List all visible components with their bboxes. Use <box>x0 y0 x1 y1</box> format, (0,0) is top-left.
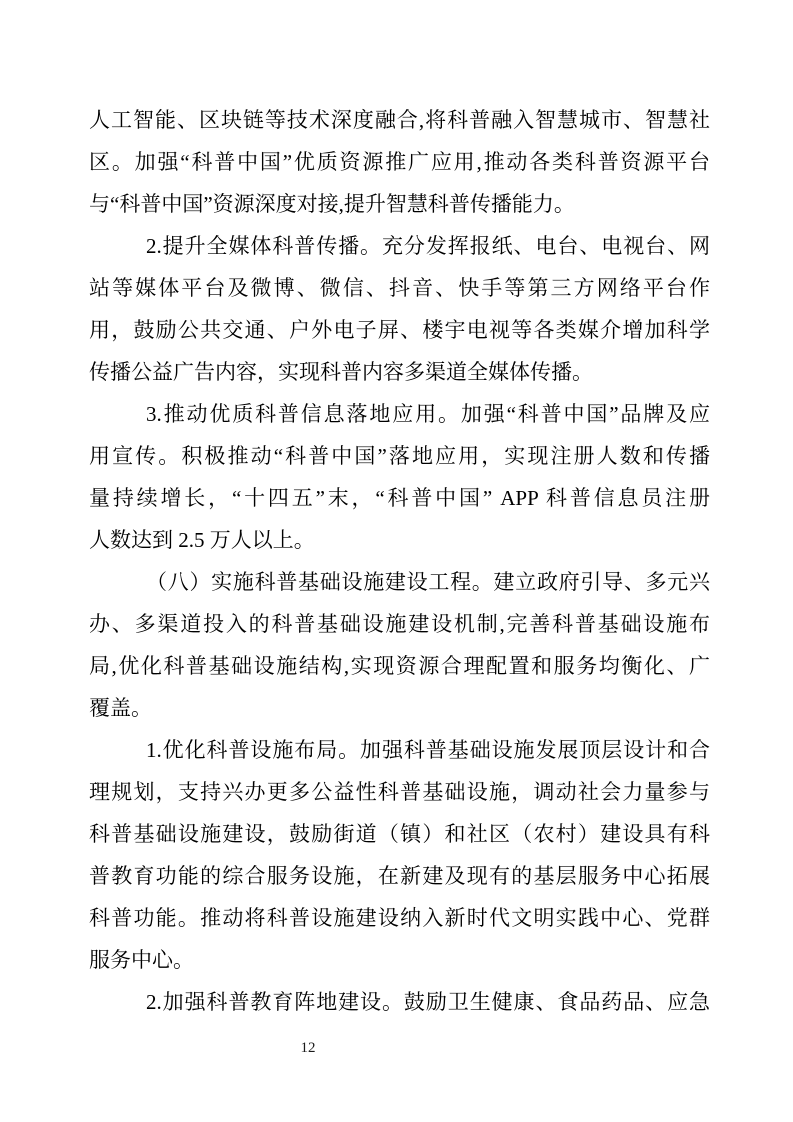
text-line: 1.优化科普设施布局。加强科普基础设施发展顶层设计和合 <box>89 729 710 771</box>
text-line: 科普功能。推动将科普设施建设纳入新时代文明实践中心、党群 <box>89 897 710 939</box>
text-line: 用，鼓励公共交通、户外电子屏、楼宇电视等各类媒介增加科学 <box>89 309 710 351</box>
document-page: 人工智能、区块链等技术深度融合,将科普融入智慧城市、智慧社 区。加强“科普中国”… <box>0 0 793 1122</box>
text-line: 人工智能、区块链等技术深度融合,将科普融入智慧城市、智慧社 <box>89 99 710 141</box>
text-line: 站等媒体平台及微博、微信、抖音、快手等第三方网络平台作 <box>89 267 710 309</box>
document-body: 人工智能、区块链等技术深度融合,将科普融入智慧城市、智慧社 区。加强“科普中国”… <box>89 99 710 1023</box>
text-line: （八）实施科普基础设施建设工程。建立政府引导、多元兴 <box>89 561 710 603</box>
text-line: 理规划，支持兴办更多公益性科普基础设施，调动社会力量参与 <box>89 771 710 813</box>
text-line: 局,优化科普基础设施结构,实现资源合理配置和服务均衡化、广 <box>89 645 710 687</box>
text-line: 2.加强科普教育阵地建设。鼓励卫生健康、食品药品、应急 <box>89 981 710 1023</box>
text-line: 与“科普中国”资源深度对接,提升智慧科普传播能力。 <box>89 183 710 225</box>
text-line: 区。加强“科普中国”优质资源推广应用,推动各类科普资源平台 <box>89 141 710 183</box>
text-line: 覆盖。 <box>89 687 710 729</box>
text-line: 量持续增长，“十四五”末，“科普中国” APP 科普信息员注册 <box>89 477 710 519</box>
text-line: 用宣传。积极推动“科普中国”落地应用，实现注册人数和传播 <box>89 435 710 477</box>
text-line: 人数达到 2.5 万人以上。 <box>89 519 710 561</box>
text-line: 传播公益广告内容，实现科普内容多渠道全媒体传播。 <box>89 351 710 393</box>
text-line: 办、多渠道投入的科普基础设施建设机制,完善科普基础设施布 <box>89 603 710 645</box>
text-line: 3.推动优质科普信息落地应用。加强“科普中国”品牌及应 <box>89 393 710 435</box>
text-line: 科普基础设施建设，鼓励街道（镇）和社区（农村）建设具有科 <box>89 813 710 855</box>
text-line: 服务中心。 <box>89 939 710 981</box>
page-number: 12 <box>284 1038 332 1058</box>
text-line: 2.提升全媒体科普传播。充分发挥报纸、电台、电视台、网 <box>89 225 710 267</box>
text-line: 普教育功能的综合服务设施，在新建及现有的基层服务中心拓展 <box>89 855 710 897</box>
